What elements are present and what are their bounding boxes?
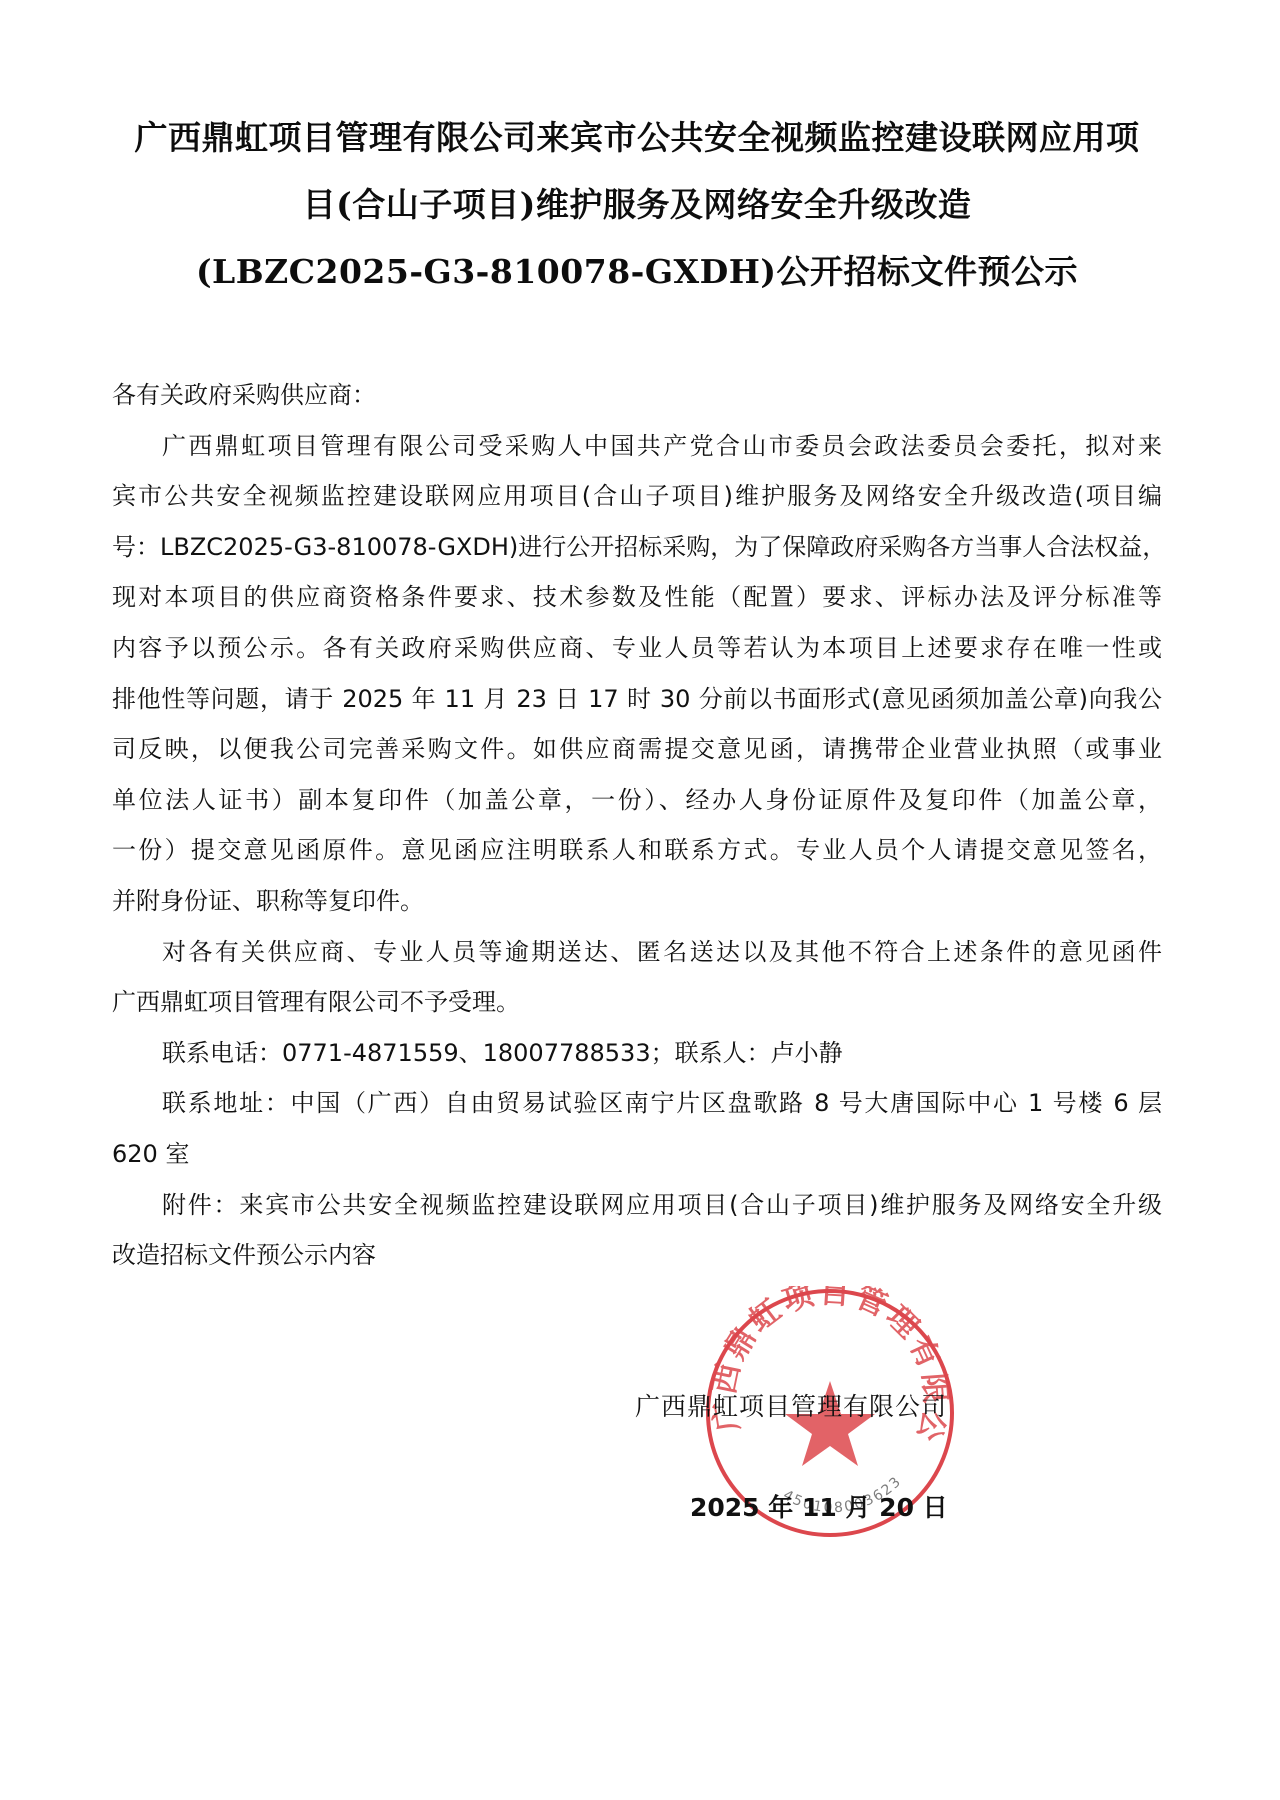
paragraph-line: 广西鼎虹项目管理有限公司受采购人中国共产党合山市委员会政法委员会委托，拟对来 bbox=[112, 421, 1162, 472]
paragraph-line: 对各有关供应商、专业人员等逾期送达、匿名送达以及其他不符合上述条件的意见函件 bbox=[112, 927, 1162, 978]
address-line: 联系地址：中国（广西）自由贸易试验区南宁片区盘歌路 8 号大唐国际中心 1 号楼… bbox=[112, 1078, 1162, 1129]
attachment-line: 附件：来宾市公共安全视频监控建设联网应用项目(合山子项目)维护服务及网络安全升级 bbox=[112, 1180, 1162, 1231]
paragraph-line: 号：LBZC2025-G3-810078-GXDH)进行公开招标采购，为了保障政… bbox=[112, 522, 1162, 573]
paragraph-line: 单位法人证书）副本复印件（加盖公章，一份）、经办人身份证原件及复印件（加盖公章， bbox=[112, 775, 1162, 826]
document-body: 各有关政府采购供应商： 广西鼎虹项目管理有限公司受采购人中国共产党合山市委员会政… bbox=[112, 370, 1162, 1281]
paragraph-line: 宾市公共安全视频监控建设联网应用项目(合山子项目)维护服务及网络安全升级改造(项… bbox=[112, 471, 1162, 522]
document-title: 广西鼎虹项目管理有限公司来宾市公共安全视频监控建设联网应用项 目(合山子项目)维… bbox=[112, 104, 1162, 305]
paragraph-line: 广西鼎虹项目管理有限公司不予受理。 bbox=[112, 977, 1162, 1028]
signature-date: 2025 年 11 月 20 日 bbox=[690, 1490, 948, 1526]
paragraph-line: 并附身份证、职称等复印件。 bbox=[112, 876, 1162, 927]
paragraph-line: 一份）提交意见函原件。意见函应注明联系人和联系方式。专业人员个人请提交意见签名， bbox=[112, 825, 1162, 876]
title-line-1: 广西鼎虹项目管理有限公司来宾市公共安全视频监控建设联网应用项 bbox=[112, 104, 1162, 171]
attachment-note: 附件：来宾市公共安全视频监控建设联网应用项目(合山子项目)维护服务及网络安全升级… bbox=[112, 1180, 1162, 1281]
paragraph-line: 内容予以预公示。各有关政府采购供应商、专业人员等若认为本项目上述要求存在唯一性或 bbox=[112, 623, 1162, 674]
attachment-line: 改造招标文件预公示内容 bbox=[112, 1230, 1162, 1281]
address-line: 620 室 bbox=[112, 1129, 1162, 1180]
title-line-2: 目(合山子项目)维护服务及网络安全升级改造 bbox=[112, 171, 1162, 238]
salutation: 各有关政府采购供应商： bbox=[112, 370, 1162, 421]
document-page: 广西鼎虹项目管理有限公司来宾市公共安全视频监控建设联网应用项 目(合山子项目)维… bbox=[0, 0, 1280, 1800]
title-line-3: (LBZC2025-G3-810078-GXDH)公开招标文件预公示 bbox=[112, 238, 1162, 305]
signature-company: 广西鼎虹项目管理有限公司 bbox=[635, 1388, 947, 1426]
paragraph-notice: 广西鼎虹项目管理有限公司受采购人中国共产党合山市委员会政法委员会委托，拟对来 宾… bbox=[112, 421, 1162, 927]
contact-phone: 联系电话：0771-4871559、18007788533；联系人：卢小静 bbox=[112, 1028, 1162, 1079]
contact-address: 联系地址：中国（广西）自由贸易试验区南宁片区盘歌路 8 号大唐国际中心 1 号楼… bbox=[112, 1078, 1162, 1179]
paragraph-rejection: 对各有关供应商、专业人员等逾期送达、匿名送达以及其他不符合上述条件的意见函件 广… bbox=[112, 927, 1162, 1028]
paragraph-line: 排他性等问题，请于 2025 年 11 月 23 日 17 时 30 分前以书面… bbox=[112, 674, 1162, 725]
paragraph-line: 现对本项目的供应商资格条件要求、技术参数及性能（配置）要求、评标办法及评分标准等 bbox=[112, 572, 1162, 623]
paragraph-line: 司反映，以便我公司完善采购文件。如供应商需提交意见函，请携带企业营业执照（或事业 bbox=[112, 724, 1162, 775]
